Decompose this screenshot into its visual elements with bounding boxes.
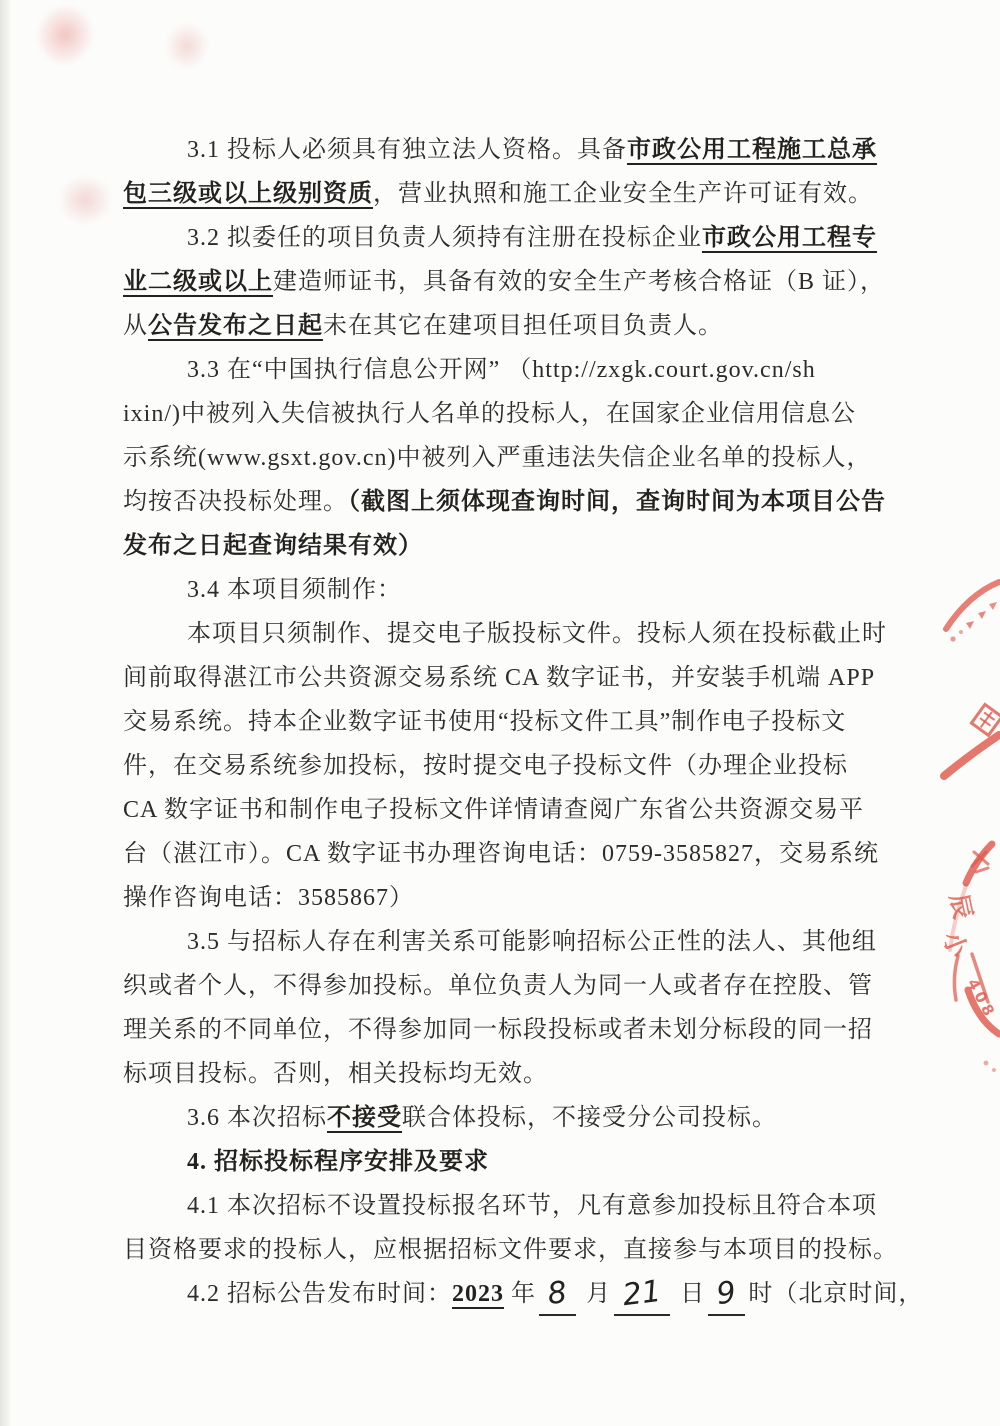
text-line: 交易系统。持本企业数字证书使用“投标文件工具”制作电子投标文 <box>123 700 885 744</box>
handwritten-number: 21 <box>621 1274 663 1314</box>
text-segment: 示系统(www.gsxt.gov.cn)中被列入严重违法失信企业名单的投标人， <box>123 445 872 471</box>
fill-in-blank: 8 <box>539 1278 576 1316</box>
seal-arc-icon <box>928 838 1000 1073</box>
text-segment: 3.5 与招标人存在利害关系可能影响招标公正性的法人、其他组 <box>187 929 877 955</box>
text-segment: CA 数字证书和制作电子投标文件详情请查阅广东省公共资源交易平 <box>123 797 864 823</box>
handwritten-number: 8 <box>546 1275 569 1313</box>
text-line: 业二级或以上建造师证书，具备有效的安全生产考核合格证（B 证）， <box>123 260 885 304</box>
red-seal-fragment-bottom: 辰 小 408 <box>928 838 1000 1073</box>
text-line: 3.6 本次招标不接受联合体投标，不接受分公司投标。 <box>123 1096 885 1140</box>
fill-in-blank: 9 <box>708 1278 745 1316</box>
text-line: 间前取得湛江市公共资源交易系统 CA 数字证书，并安装手机端 APP <box>123 656 885 700</box>
text-line: 均按否决投标处理。（截图上须体现查询时间，查询时间为本项目公告 <box>123 480 885 524</box>
red-smudge <box>165 22 209 70</box>
red-seal-fragment-middle <box>940 682 1000 794</box>
red-smudge <box>58 175 113 225</box>
text-segment: 2023 <box>452 1281 504 1307</box>
document-text: 3.1 投标人必须具有独立法人资格。具备市政公用工程施工总承包三级或以上级别资质… <box>123 128 885 1316</box>
text-line: 4.1 本次招标不设置投标报名环节，凡有意参加投标且符合本项 <box>123 1184 885 1228</box>
fill-in-blank: 21 <box>614 1278 670 1316</box>
text-segment: 发布之日起查询结果有效） <box>123 533 423 559</box>
text-line: 件，在交易系统参加投标，按时提交电子投标文件（办理企业投标 <box>123 744 885 788</box>
text-line: 示系统(www.gsxt.gov.cn)中被列入严重违法失信企业名单的投标人， <box>123 436 885 480</box>
text-segment: 公告发布之日起 <box>148 313 323 339</box>
text-line: 理关系的不同单位，不得参加同一标段投标或者未划分标段的同一招 <box>123 1008 885 1052</box>
text-line: 操作咨询电话：3585867） <box>123 876 885 920</box>
text-segment: 业二级或以上 <box>123 269 273 295</box>
text-line: 从公告发布之日起未在其它在建项目担任项目负责人。 <box>123 304 885 348</box>
text-segment: 日 <box>673 1281 705 1307</box>
text-segment: （截图上须体现查询时间，查询时间为本项目公告 <box>348 489 886 515</box>
text-line: 发布之日起查询结果有效） <box>123 524 885 568</box>
text-segment: 间前取得湛江市公共资源交易系统 CA 数字证书，并安装手机端 APP <box>123 665 875 691</box>
text-segment: 包三级或以上级别资质 <box>123 181 373 207</box>
text-line: 织或者个人，不得参加投标。单位负责人为同一人或者存在控股、管 <box>123 964 885 1008</box>
text-segment: 4.2 招标公告发布时间： <box>187 1281 452 1307</box>
text-segment: 3.6 本次招标 <box>187 1105 327 1131</box>
text-line: ixin/)中被列入失信被执行人名单的投标人，在国家企业信用信息公 <box>123 392 885 436</box>
text-segment: 3.2 拟委任的项目负责人须持有注册在投标企业 <box>187 225 702 251</box>
text-line: 3.5 与招标人存在利害关系可能影响招标公正性的法人、其他组 <box>123 920 885 964</box>
text-segment: 理关系的不同单位，不得参加同一标段投标或者未划分标段的同一招 <box>123 1017 873 1043</box>
text-line: 3.2 拟委任的项目负责人须持有注册在投标企业市政公用工程专 <box>123 216 885 260</box>
text-segment: ，营业执照和施工企业安全生产许可证有效。 <box>373 181 873 207</box>
text-segment: 3.3 在“中国执行信息公开网” （http://zxgk.court.gov.… <box>187 357 816 383</box>
text-line: 本项目只须制作、提交电子版投标文件。投标人须在投标截止时 <box>123 612 885 656</box>
scan-edge-shadow <box>0 0 12 1426</box>
text-segment: 月 <box>579 1281 611 1307</box>
text-segment: 本项目只须制作、提交电子版投标文件。投标人须在投标截止时 <box>187 621 887 647</box>
red-seal-fragment-top <box>938 575 1000 653</box>
text-line: CA 数字证书和制作电子投标文件详情请查阅广东省公共资源交易平 <box>123 788 885 832</box>
text-line: 目资格要求的投标人，应根据招标文件要求，直接参与本项目的投标。 <box>123 1228 885 1272</box>
text-segment: 年 <box>504 1281 536 1307</box>
text-line: 4. 招标投标程序安排及要求 <box>123 1140 885 1184</box>
text-segment: 交易系统。持本企业数字证书使用“投标文件工具”制作电子投标文 <box>123 709 846 735</box>
text-line: 标项目投标。否则，相关投标均无效。 <box>123 1052 885 1096</box>
text-segment: ixin/)中被列入失信被执行人名单的投标人，在国家企业信用信息公 <box>123 401 856 427</box>
text-segment: 市政公用工程施工总承 <box>627 137 877 163</box>
text-segment: 4.1 本次招标不设置投标报名环节，凡有意参加投标且符合本项 <box>187 1193 877 1219</box>
text-segment: 从 <box>123 313 148 339</box>
text-segment: 件，在交易系统参加投标，按时提交电子投标文件（办理企业投标 <box>123 753 848 779</box>
handwritten-number: 9 <box>715 1275 738 1313</box>
text-segment: 联合体投标，不接受分公司投标。 <box>402 1105 777 1131</box>
text-segment: 3.1 投标人必须具有独立法人资格。具备 <box>187 137 627 163</box>
document-page: 3.1 投标人必须具有独立法人资格。具备市政公用工程施工总承包三级或以上级别资质… <box>0 0 1000 1426</box>
text-segment: 不接受 <box>327 1105 402 1131</box>
text-segment: 均按否决投标处理。 <box>123 489 348 515</box>
text-segment: 建造师证书，具备有效的安全生产考核合格证（B 证）， <box>273 269 885 295</box>
text-segment: 未在其它在建项目担任项目负责人。 <box>323 313 723 339</box>
text-line: 3.4 本项目须制作： <box>123 568 885 612</box>
text-line: 3.3 在“中国执行信息公开网” （http://zxgk.court.gov.… <box>123 348 885 392</box>
text-segment: 时（北京时间， <box>748 1281 923 1307</box>
text-segment: 操作咨询电话：3585867） <box>123 885 414 911</box>
text-segment: 目资格要求的投标人，应根据招标文件要求，直接参与本项目的投标。 <box>123 1237 898 1263</box>
text-line: 台（湛江市）。CA 数字证书办理咨询电话：0759-3585827，交易系统 <box>123 832 885 876</box>
seal-arc-icon <box>940 682 1000 794</box>
text-line: 3.1 投标人必须具有独立法人资格。具备市政公用工程施工总承 <box>123 128 885 172</box>
text-segment: 织或者个人，不得参加投标。单位负责人为同一人或者存在控股、管 <box>123 973 873 999</box>
text-segment: 标项目投标。否则，相关投标均无效。 <box>123 1061 548 1087</box>
text-segment: 台（湛江市）。CA 数字证书办理咨询电话：0759-3585827，交易系统 <box>123 841 879 867</box>
text-line: 4.2 招标公告发布时间：2023 年8 月21 日9时（北京时间， <box>123 1272 885 1316</box>
text-segment: 市政公用工程专 <box>702 225 877 251</box>
seal-arc-icon <box>938 575 1000 653</box>
text-segment: 3.4 本项目须制作： <box>187 577 402 603</box>
text-segment: 4. 招标投标程序安排及要求 <box>187 1149 489 1175</box>
text-line: 包三级或以上级别资质，营业执照和施工企业安全生产许可证有效。 <box>123 172 885 216</box>
red-smudge <box>27 0 103 74</box>
